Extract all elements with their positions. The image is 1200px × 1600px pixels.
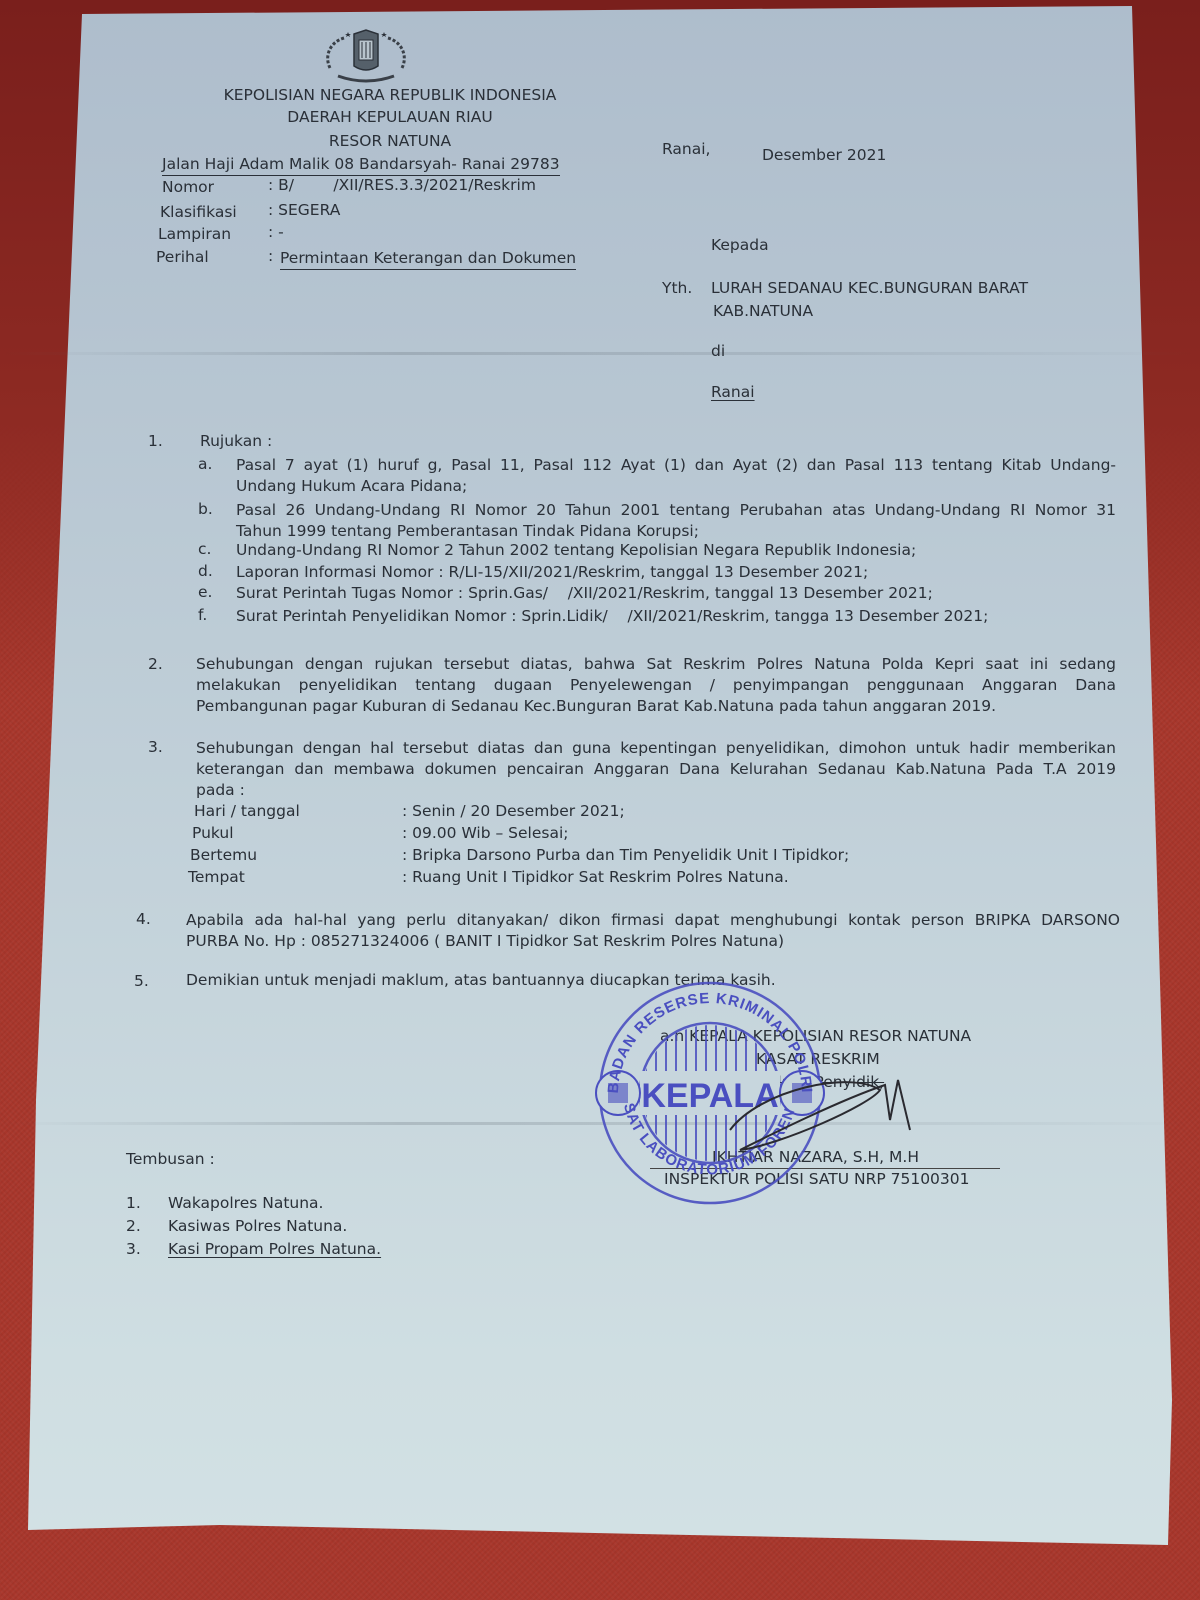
- detail-label: Hari / tanggal: [194, 802, 300, 820]
- rujukan-item-letter: f.: [198, 606, 207, 624]
- p3-number: 3.: [148, 738, 163, 756]
- rujukan-item-text: Pasal 26 Undang-Undang RI Nomor 20 Tahun…: [236, 500, 1116, 542]
- rujukan-item-line: Undang Hukum Acara Pidana;: [236, 476, 1116, 497]
- rujukan-item-letter: b.: [198, 500, 213, 518]
- tembusan-item-number: 1.: [126, 1194, 141, 1212]
- rujukan-item-letter: c.: [198, 540, 211, 558]
- nomor-label: Nomor: [162, 178, 214, 196]
- paragraph-line: Sehubungan dengan hal tersebut diatas da…: [196, 738, 1116, 759]
- detail-value: : Bripka Darsono Purba dan Tim Penyelidi…: [402, 846, 849, 864]
- rujukan-item-line: Surat Perintah Penyelidikan Nomor : Spri…: [236, 606, 1116, 627]
- rujukan-item-letter: e.: [198, 583, 212, 601]
- rujukan-item-text: Pasal 7 ayat (1) huruf g, Pasal 11, Pasa…: [236, 455, 1116, 497]
- letterhead-address: Jalan Haji Adam Malik 08 Bandarsyah- Ran…: [162, 154, 560, 176]
- nomor-value: : B/ /XII/RES.3.3/2021/Reskrim: [268, 176, 536, 194]
- tembusan-item-text: Kasiwas Polres Natuna.: [168, 1217, 347, 1235]
- p2-number: 2.: [148, 655, 163, 673]
- letterhead-line-2: DAERAH KEPULAUAN RIAU: [150, 108, 630, 126]
- rujukan-item-line: Pasal 26 Undang-Undang RI Nomor 20 Tahun…: [236, 500, 1116, 521]
- perihal-label: Perihal: [156, 248, 209, 266]
- paragraph-line: Apabila ada hal-hal yang perlu ditanyaka…: [186, 910, 1120, 931]
- detail-label: Tempat: [188, 868, 245, 886]
- rujukan-item-letter: d.: [198, 562, 213, 580]
- date: Desember 2021: [762, 146, 886, 164]
- p1-title: Rujukan :: [200, 432, 272, 450]
- klasifikasi-value: : SEGERA: [268, 201, 340, 219]
- paragraph-line: Sehubungan dengan rujukan tersebut diata…: [196, 654, 1116, 675]
- lampiran-label: Lampiran: [158, 225, 231, 243]
- tembusan-item-number: 2.: [126, 1217, 141, 1235]
- police-emblem-icon: [318, 28, 414, 86]
- rujukan-item-text: Undang-Undang RI Nomor 2 Tahun 2002 tent…: [236, 540, 1116, 561]
- recipient-city: Ranai: [711, 383, 755, 401]
- rujukan-item-letter: a.: [198, 455, 212, 473]
- detail-value: : 09.00 Wib – Selesai;: [402, 824, 569, 842]
- perihal-colon: :: [268, 247, 273, 265]
- p1-number: 1.: [148, 432, 163, 450]
- p3-text: Sehubungan dengan hal tersebut diatas da…: [196, 738, 1116, 801]
- paragraph-line: keterangan dan membawa dokumen pencairan…: [196, 759, 1116, 780]
- rujukan-item-line: Undang-Undang RI Nomor 2 Tahun 2002 tent…: [236, 540, 1116, 561]
- detail-label: Bertemu: [190, 846, 257, 864]
- rujukan-item-line: Surat Perintah Tugas Nomor : Sprin.Gas/ …: [236, 583, 1116, 604]
- p2-text: Sehubungan dengan rujukan tersebut diata…: [196, 654, 1116, 717]
- lampiran-value: : -: [268, 223, 284, 241]
- p4-number: 4.: [136, 910, 151, 928]
- perihal-value: Permintaan Keterangan dan Dokumen: [280, 249, 576, 270]
- detail-value: : Ruang Unit I Tipidkor Sat Reskrim Polr…: [402, 868, 789, 886]
- p5-number: 5.: [134, 972, 149, 990]
- paragraph-line: melakukan penyelidikan tentang dugaan Pe…: [196, 675, 1116, 696]
- recipient-line-2: KAB.NATUNA: [713, 302, 813, 320]
- detail-value: : Senin / 20 Desember 2021;: [402, 802, 625, 820]
- rujukan-item-text: Laporan Informasi Nomor : R/LI-15/XII/20…: [236, 562, 1116, 583]
- p4-text: Apabila ada hal-hal yang perlu ditanyaka…: [186, 910, 1120, 952]
- detail-label: Pukul: [192, 824, 234, 842]
- klasifikasi-label: Klasifikasi: [160, 203, 237, 221]
- paragraph-line: Pembangunan pagar Kuburan di Sedanau Kec…: [196, 696, 1116, 717]
- recipient-yth: Yth.: [662, 279, 692, 297]
- paragraph-line: PURBA No. Hp : 085271324006 ( BANIT I Ti…: [186, 931, 1120, 952]
- recipient-di: di: [711, 342, 725, 360]
- rujukan-item-line: Tahun 1999 tentang Pemberantasan Tindak …: [236, 521, 1116, 542]
- rujukan-item-line: Laporan Informasi Nomor : R/LI-15/XII/20…: [236, 562, 1116, 583]
- tembusan-item-text: Wakapolres Natuna.: [168, 1194, 323, 1212]
- tembusan-title: Tembusan :: [126, 1150, 215, 1168]
- letterhead-line-1: KEPOLISIAN NEGARA REPUBLIK INDONESIA: [150, 86, 630, 104]
- tembusan-item-text: Kasi Propam Polres Natuna.: [168, 1240, 381, 1258]
- rujukan-item-line: Pasal 7 ayat (1) huruf g, Pasal 11, Pasa…: [236, 455, 1116, 476]
- letterhead-line-3: RESOR NATUNA: [150, 132, 630, 150]
- tembusan-item-number: 3.: [126, 1240, 141, 1258]
- rujukan-item-text: Surat Perintah Penyelidikan Nomor : Spri…: [236, 606, 1116, 627]
- place: Ranai,: [662, 140, 710, 158]
- paper-fold-line: [0, 352, 1200, 355]
- recipient-kepada: Kepada: [711, 236, 769, 254]
- handwritten-signature-icon: [720, 1050, 920, 1160]
- paragraph-line: pada :: [196, 780, 1116, 801]
- recipient-line-1: LURAH SEDANAU KEC.BUNGURAN BARAT: [711, 279, 1028, 297]
- rujukan-item-text: Surat Perintah Tugas Nomor : Sprin.Gas/ …: [236, 583, 1116, 604]
